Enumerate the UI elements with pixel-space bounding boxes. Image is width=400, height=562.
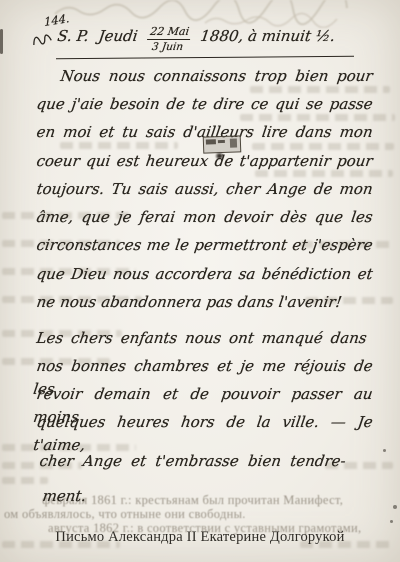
scan-speck (393, 505, 397, 509)
scan-speck (390, 520, 393, 523)
date-new-style: 3 Juin (151, 40, 184, 53)
showthrough-strip (252, 143, 394, 150)
dateline-place: S. P. (56, 27, 90, 45)
letter-line: quelques heures hors de la ville. — Je t… (35, 411, 374, 434)
letter-line: âme, que je ferai mon devoir dès que les (35, 206, 374, 229)
letter-line: ne nous abandonnera pas dans l'avenir! (35, 291, 343, 314)
showthrough-text: ом объявлялось, что отныне они свободны. (4, 507, 246, 522)
date-fraction: 22 Mai 3 Juin (145, 26, 192, 53)
archive-stamp-mark (215, 152, 224, 160)
scan-edge-mark (0, 29, 3, 54)
margin-squiggle-icon (31, 30, 56, 50)
showthrough-strip (2, 477, 48, 484)
letter-line: revoir demain et de pouvoir passer au mo… (35, 383, 374, 406)
scan-speck (383, 449, 386, 452)
date-old-style: 22 Mai (147, 26, 192, 40)
letter-line: toujours. Tu sais aussi, cher Ange de mo… (35, 178, 374, 201)
letter-line: que j'aie besoin de te dire ce qui se pa… (35, 93, 374, 116)
scanned-letter-page: февраля 1861 г.: крестьянам был прочитан… (0, 0, 400, 562)
archive-stamp (203, 135, 242, 153)
letter-line: Nous nous connaissons trop bien pour (35, 65, 374, 88)
figure-caption: Письмо Александра II Екатерине Долгоруко… (0, 529, 400, 546)
letter-line: cher Ange et t'embrasse bien tendre- (38, 450, 347, 473)
letter-line: ment. (41, 485, 380, 508)
letter-line: nos bonnes chambres et je me réjouis de … (35, 355, 374, 378)
letter-line: circonstances me le permettront et j'esp… (35, 234, 374, 257)
letter-line: que Dieu nous accordera sa bénédiction e… (35, 263, 374, 286)
dateline-year-time: 1880, à minuit ½. (199, 27, 336, 45)
heading-underline (56, 56, 354, 60)
letter-line: Les chers enfants nous ont manqué dans (35, 327, 368, 350)
dateline-day: Jeudi (97, 27, 138, 45)
letter-dateline: S. P. Jeudi 22 Mai 3 Juin 1880, à minuit… (55, 27, 336, 53)
